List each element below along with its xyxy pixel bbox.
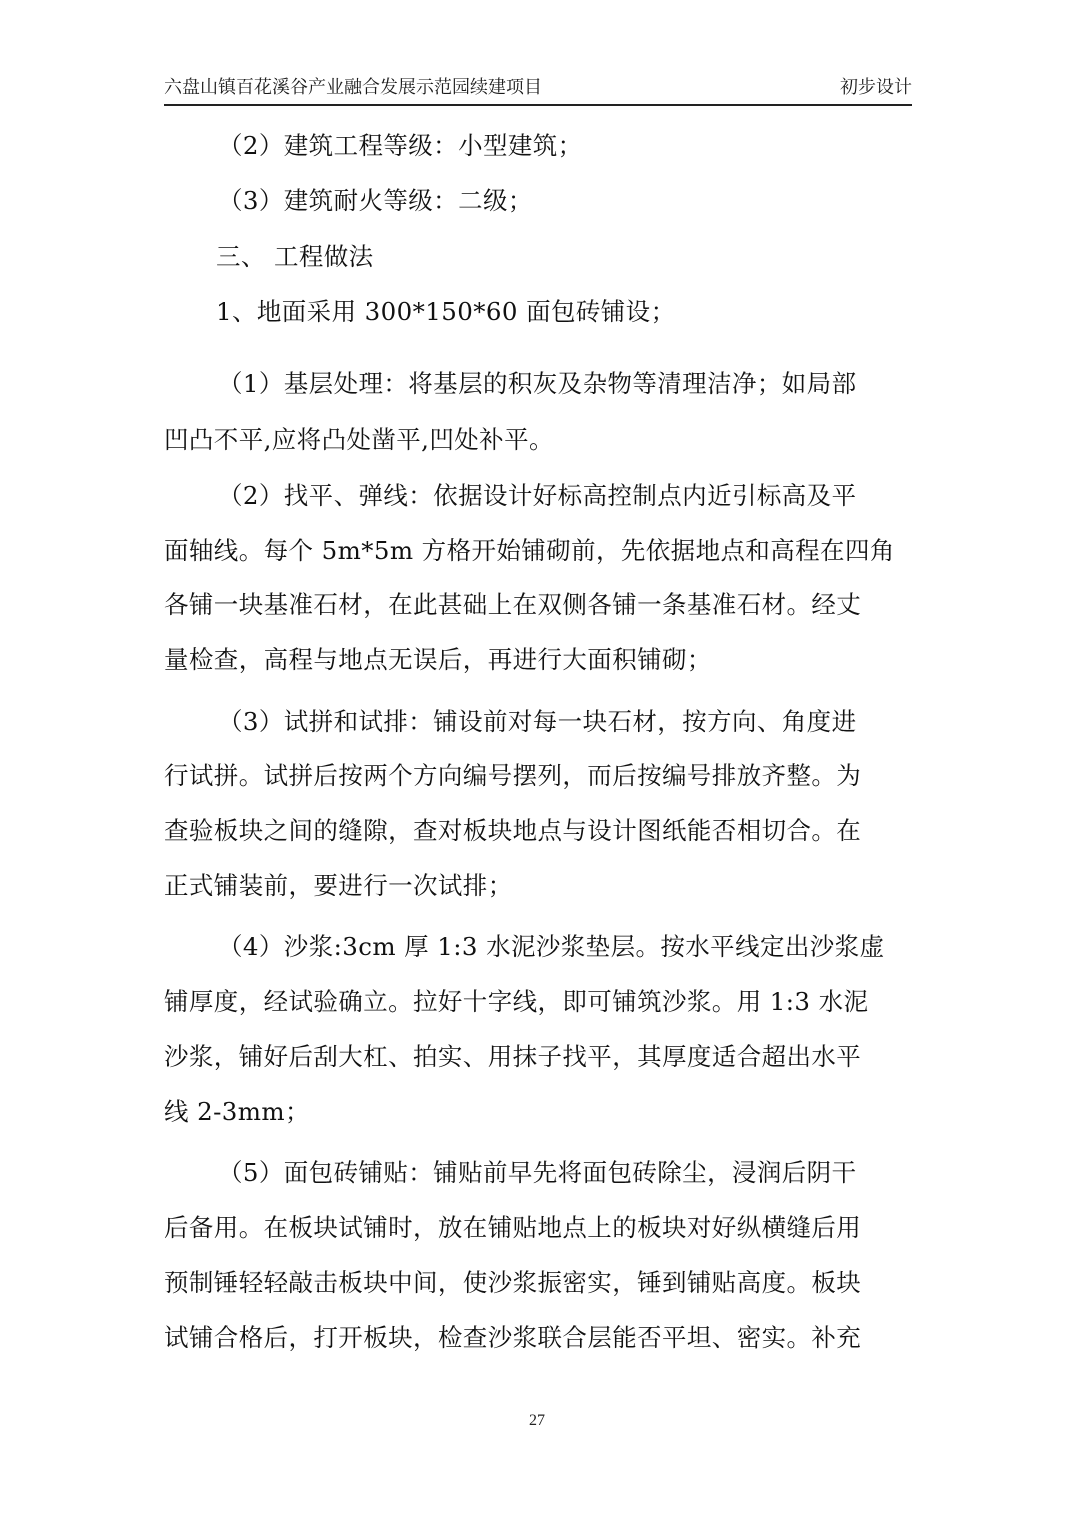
paragraph-line: 面轴线。每个 5m*5m 方格开始铺砌前，先依据地点和高程在四角	[164, 535, 895, 567]
page-number: 27	[0, 1412, 1074, 1430]
paragraph-line: 凹凸不平,应将凸处凿平,凹处补平。	[164, 424, 554, 456]
paragraph-line: 后备用。在板块试铺时，放在铺贴地点上的板块对好纵横缝后用	[164, 1212, 861, 1244]
paragraph-line-indented: 三、 工程做法	[216, 241, 374, 273]
paragraph-line-indented: （2）建筑工程等级：小型建筑；	[218, 130, 583, 162]
paragraph-line-indented: （3）建筑耐火等级：二级；	[218, 185, 533, 217]
paragraph-line: 铺厚度，经试验确立。拉好十字线，即可铺筑沙浆。用 1:3 水泥	[164, 986, 868, 1018]
paragraph-line: 线 2-3mm；	[164, 1096, 310, 1128]
header-doc-stage: 初步设计	[840, 76, 912, 100]
paragraph-line-indented: （5）面包砖铺贴：铺贴前早先将面包砖除尘，浸润后阴干	[218, 1157, 857, 1189]
paragraph-line: 量检查，高程与地点无误后，再进行大面积铺砌；	[164, 644, 712, 676]
paragraph-line-indented: （4）沙浆:3cm 厚 1:3 水泥沙浆垫层。按水平线定出沙浆虚	[218, 931, 884, 963]
paragraph-line: 试铺合格后，打开板块，检查沙浆联合层能否平坦、密实。补充	[164, 1322, 861, 1354]
paragraph-line: 沙浆，铺好后刮大杠、拍实、用抹子找平，其厚度适合超出水平	[164, 1041, 861, 1073]
paragraph-line: 查验板块之间的缝隙，查对板块地点与设计图纸能否相切合。在	[164, 815, 861, 847]
paragraph-line: 行试拼。试拼后按两个方向编号摆列，而后按编号排放齐整。为	[164, 760, 861, 792]
paragraph-line-indented: 1、地面采用 300*150*60 面包砖铺设；	[216, 296, 675, 328]
paragraph-line: 正式铺装前，要进行一次试排；	[164, 870, 513, 902]
paragraph-line-indented: （3）试拼和试排：铺设前对每一块石材，按方向、角度进	[218, 706, 857, 738]
paragraph-line: 预制锤轻轻敲击板块中间，使沙浆振密实，锤到铺贴高度。板块	[164, 1267, 861, 1299]
header-project-title: 六盘山镇百花溪谷产业融合发展示范园续建项目	[164, 76, 542, 100]
page-header: 六盘山镇百花溪谷产业融合发展示范园续建项目 初步设计	[164, 76, 912, 106]
paragraph-line-indented: （2）找平、弹线：依据设计好标高控制点内近引标高及平	[218, 480, 857, 512]
paragraph-line-indented: （1）基层处理：将基层的积灰及杂物等清理洁净；如局部	[218, 368, 857, 400]
paragraph-line: 各铺一块基准石材，在此甚础上在双侧各铺一条基准石材。经丈	[164, 589, 861, 621]
